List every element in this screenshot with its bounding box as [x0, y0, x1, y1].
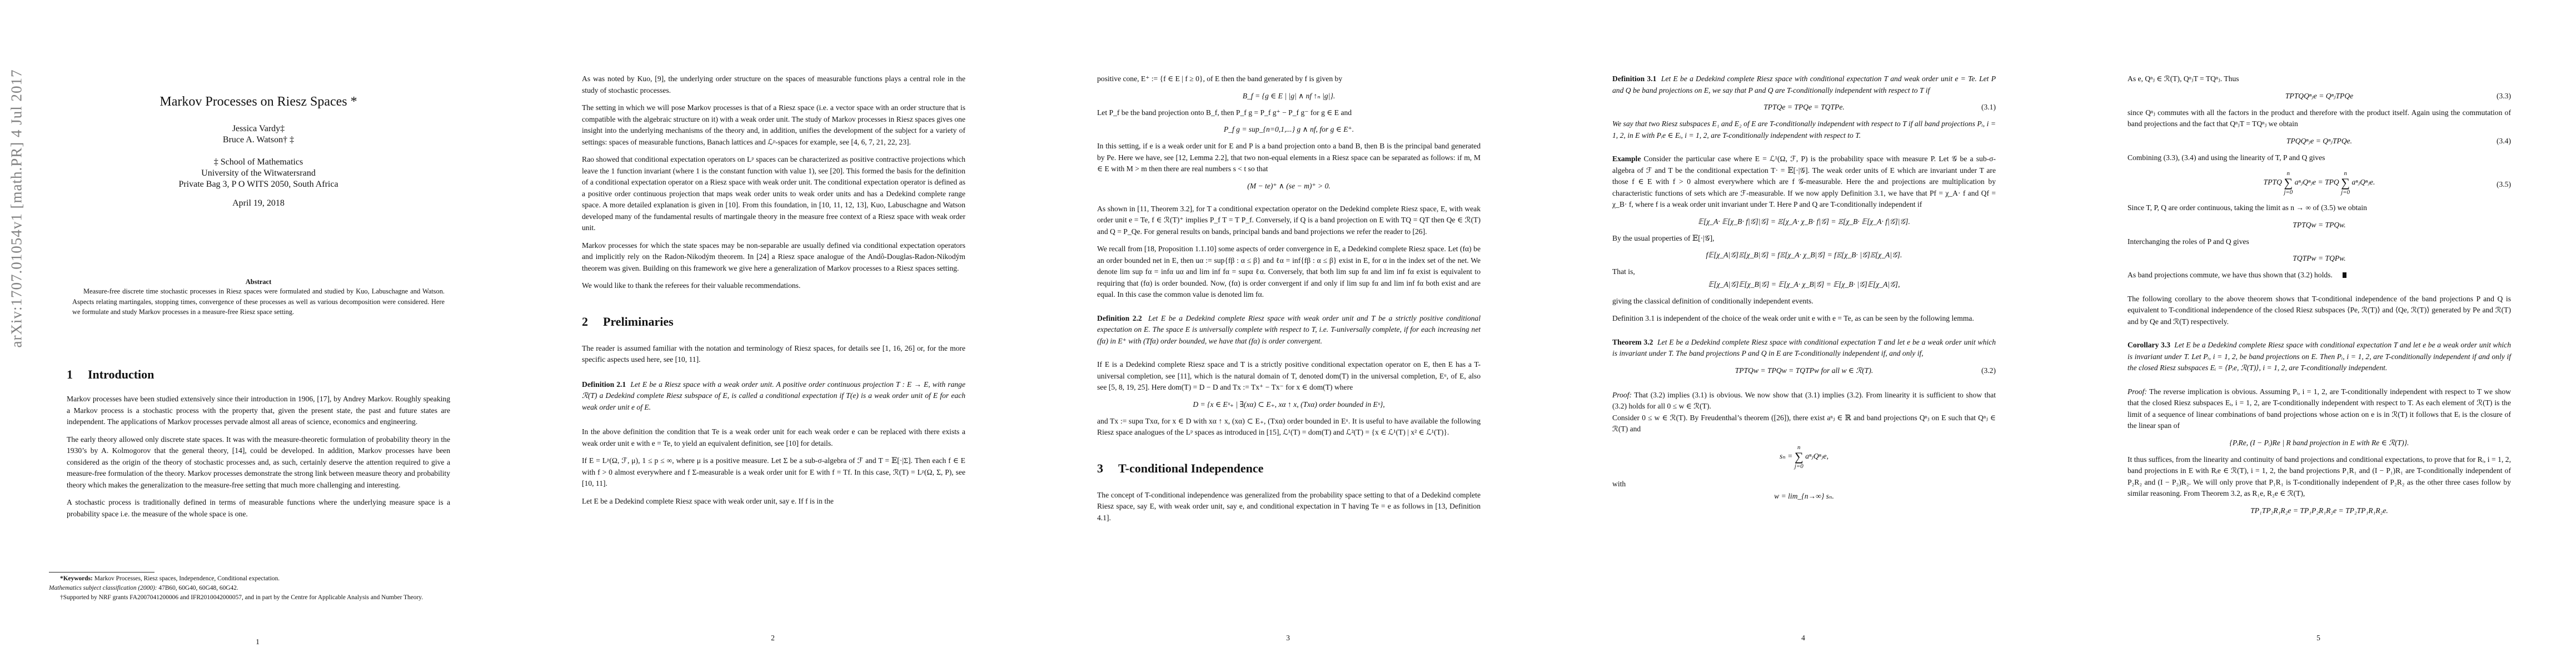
qed-square-icon [2343, 272, 2346, 278]
equation: B_f = {g ∈ E | |g| ∧ nf ↑ₙ |g|}. [1097, 91, 1481, 102]
summation-symbol: n ∑ j=0 [1795, 444, 1803, 470]
equation-3-3: TPTQQⁿⱼe = QⁿⱼTPQe (3.3) [2127, 91, 2511, 102]
definition-continued: We say that two Riesz subspaces E₁ and E… [1612, 118, 1996, 141]
paragraph: Combining (3.3), (3.4) and using the lin… [2127, 152, 2511, 164]
page-1: arXiv:1707.01054v1 [math.PR] 4 Jul 2017 … [0, 0, 515, 667]
equation: (M − te)⁺ ∧ (se − m)⁺ > 0. [1097, 181, 1481, 192]
affiliation-line-1: ‡ School of Mathematics [67, 157, 450, 168]
paragraph: If E is a Dedekind complete Riesz space … [1097, 359, 1481, 394]
paragraph: Let E be a Dedekind complete Riesz space… [582, 496, 965, 507]
paragraph: Interchanging the roles of P and Q gives [2127, 236, 2511, 248]
paragraph: Since T, P, Q are order continuous, taki… [2127, 202, 2511, 214]
page-number: 1 [0, 638, 515, 646]
arxiv-stamp: arXiv:1707.01054v1 [math.PR] 4 Jul 2017 [8, 126, 26, 348]
paragraph: We recall from [18, Proposition 1.1.10] … [1097, 243, 1481, 301]
paragraph: The following corollary to the above the… [2127, 293, 2511, 328]
paragraph: By the usual properties of 𝔼[·|𝒢], [1612, 233, 1996, 245]
paragraph: In this setting, if e is a weak order un… [1097, 141, 1481, 175]
paragraph: The concept of T-conditional independenc… [1097, 490, 1481, 524]
section-heading: 2Preliminaries [582, 314, 965, 330]
paragraph: If E = Lᵖ(Ω, ℱ, μ), 1 ≤ p ≤ ∞, where μ i… [582, 455, 965, 490]
equation-number: (3.3) [2497, 91, 2511, 102]
paragraph: The setting in which we will pose Markov… [582, 102, 965, 148]
summation-symbol: n ∑ j=0 [2341, 170, 2350, 196]
equation-number: (3.4) [2497, 136, 2511, 147]
definition-3-1: Definition 3.1 Let E be a Dedekind compl… [1612, 73, 1996, 96]
paragraph: As was noted by Kuo, [9], the underlying… [582, 73, 965, 96]
paper-title: Markov Processes on Riesz Spaces * [67, 93, 450, 110]
definition-2-1: Definition 2.1 Let E be a Riesz space wi… [582, 379, 965, 414]
intro-paragraph-3: A stochastic process is traditionally de… [67, 497, 450, 520]
paragraph: As shown in [11, Theorem 3.2], for T a c… [1097, 203, 1481, 238]
equation: TQTPw = TQPw. [2127, 253, 2511, 264]
equation: D = {x ∈ Eᵘ₊ | ∃(xα) ⊂ E₊, xα ↑ x, (Txα)… [1097, 399, 1481, 410]
equation: P_f g = sup_{n=0,1,...} g ∧ nf, for g ∈ … [1097, 124, 1481, 135]
abstract: Abstract Measure-free discrete time stoc… [72, 278, 445, 317]
author-1: Jessica Vardy‡ [67, 123, 450, 135]
equation: {PᵢRe, (I − Pᵢ)Re | R band projection in… [2127, 437, 2511, 449]
page-number: 3 [1030, 634, 1546, 643]
paragraph: Markov processes for which the state spa… [582, 240, 965, 275]
equation-number: (3.5) [2497, 179, 2511, 190]
intro-paragraph-2: The early theory allowed only discrete s… [67, 434, 450, 491]
footnote-rule [49, 572, 155, 573]
page-5: As e, Qⁿⱼ ∈ ℛ(T), QⁿⱼT = TQⁿⱼ. Thus TPTQ… [2061, 0, 2576, 667]
intro-paragraph-1: Markov processes have been studied exten… [67, 394, 450, 428]
theorem-3-2: Theorem 3.2 Let E be a Dedekind complete… [1612, 337, 1996, 360]
paragraph: The reader is assumed familiar with the … [582, 343, 965, 366]
paragraph: Consider 0 ≤ w ∈ ℛ(T). By Freudenthal’s … [1612, 412, 1996, 435]
paragraph: It thus suffices, from the linearity and… [2127, 454, 2511, 500]
paragraph: In the above definition the condition th… [582, 426, 965, 449]
footnote-msc: Mathematics subject classification (2000… [49, 584, 450, 593]
equation-3-1: TPTQe = TPQe = TQTPe. (3.1) [1612, 102, 1996, 113]
paragraph: and Tx := supα Txα, for x ∈ D with xα ↑ … [1097, 416, 1481, 439]
paragraph: As band projections commute, we have thu… [2127, 270, 2511, 281]
footnotes: *Keywords: Markov Processes, Riesz space… [49, 570, 450, 603]
paragraph: giving the classical definition of condi… [1612, 296, 1996, 307]
section-number: 1 [67, 367, 88, 382]
author-2: Bruce A. Watson† ‡ [67, 135, 450, 146]
page-4: Definition 3.1 Let E be a Dedekind compl… [1546, 0, 2061, 667]
paragraph: positive cone, E⁺ := {f ∈ E | f ≥ 0}, of… [1097, 73, 1481, 85]
page-2: As was noted by Kuo, [9], the underlying… [515, 0, 1030, 667]
footnote-keywords: *Keywords: Markov Processes, Riesz space… [49, 574, 450, 584]
equation-number: (3.2) [1981, 365, 1996, 376]
abstract-text: Measure-free discrete time stochastic pr… [72, 286, 445, 317]
definition-2-2: Definition 2.2 Let E be a Dedekind compl… [1097, 313, 1481, 347]
paragraph: That is, [1612, 266, 1996, 278]
equation: 𝔼[χ_A|𝒢]𝔼[χ_B|𝒢] = 𝔼[χ_A· χ_B|𝒢] = 𝔼[χ_B… [1612, 279, 1996, 290]
equation-3-2: TPTQw = TPQw = TQTPw for all w ∈ ℛ(T). (… [1612, 365, 1996, 376]
equation: f𝔼[χ_A|𝒢]𝔼[χ_B|𝒢] = f𝔼[χ_A· χ_B|𝒢] = f𝔼[… [1612, 250, 1996, 261]
corollary-3-3: Corollary 3.3 Let E be a Dedekind comple… [2127, 340, 2511, 374]
footnote-support: †Supported by NRF grants FA2007041200006… [49, 593, 450, 603]
page-3: positive cone, E⁺ := {f ∈ E | f ≥ 0}, of… [1030, 0, 1546, 667]
equation: w = lim_{n→∞} sₙ. [1612, 491, 1996, 502]
proof: Proof: The reverse implication is obviou… [2127, 386, 2511, 432]
example: Example Consider the particular case whe… [1612, 153, 1996, 211]
equation-3-5: TPTQ n ∑ j=0 aⁿⱼQⁿⱼe = TPQ n ∑ j=0 aⁿⱼQⁿ… [2127, 170, 2511, 196]
page-number: 5 [2061, 634, 2576, 643]
equation-3-4: TPQQⁿⱼe = QⁿⱼTPQe. (3.4) [2127, 136, 2511, 147]
equation: 𝔼[χ_A· 𝔼[χ_B· f|𝒢]|𝒢] = 𝔼[χ_A· χ_B· f|𝒢]… [1612, 216, 1996, 227]
paragraph: Rao showed that conditional expectation … [582, 154, 965, 234]
paragraph: Definition 3.1 is independent of the cho… [1612, 313, 1996, 325]
equation: TPTQw = TPQw. [2127, 220, 2511, 231]
section-title: Introduction [88, 367, 154, 381]
proof: Proof: That (3.2) implies (3.1) is obvio… [1612, 390, 1996, 412]
equation-sum: sₙ = n ∑ j=0 aⁿⱼQⁿⱼe, [1612, 444, 1996, 470]
affiliation-line-3: Private Bag 3, P O WITS 2050, South Afri… [67, 179, 450, 190]
paragraph: As e, Qⁿⱼ ∈ ℛ(T), QⁿⱼT = TQⁿⱼ. Thus [2127, 73, 2511, 85]
page-number: 2 [515, 634, 1030, 643]
summation-symbol: n ∑ j=0 [2284, 170, 2293, 196]
paragraph: We would like to thank the referees for … [582, 280, 965, 292]
page-number: 4 [1546, 634, 2061, 643]
affiliation-line-2: University of the Witwatersrand [67, 168, 450, 179]
paragraph: Let P_f be the band projection onto B_f,… [1097, 107, 1481, 119]
section-heading: 3T-conditional Independence [1097, 461, 1481, 476]
section-heading: 1Introduction [67, 367, 450, 382]
paragraph: with [1612, 479, 1996, 490]
paper-date: April 19, 2018 [67, 198, 450, 209]
equation: TP₁TP₂R₁R₂e = TP₁P₂R₁R₂e = TP₂TP₁R₁R₂e. [2127, 505, 2511, 516]
paragraph: since Qⁿⱼ commutes with all the factors … [2127, 107, 2511, 130]
equation-number: (3.1) [1981, 102, 1996, 113]
abstract-heading: Abstract [72, 278, 445, 286]
